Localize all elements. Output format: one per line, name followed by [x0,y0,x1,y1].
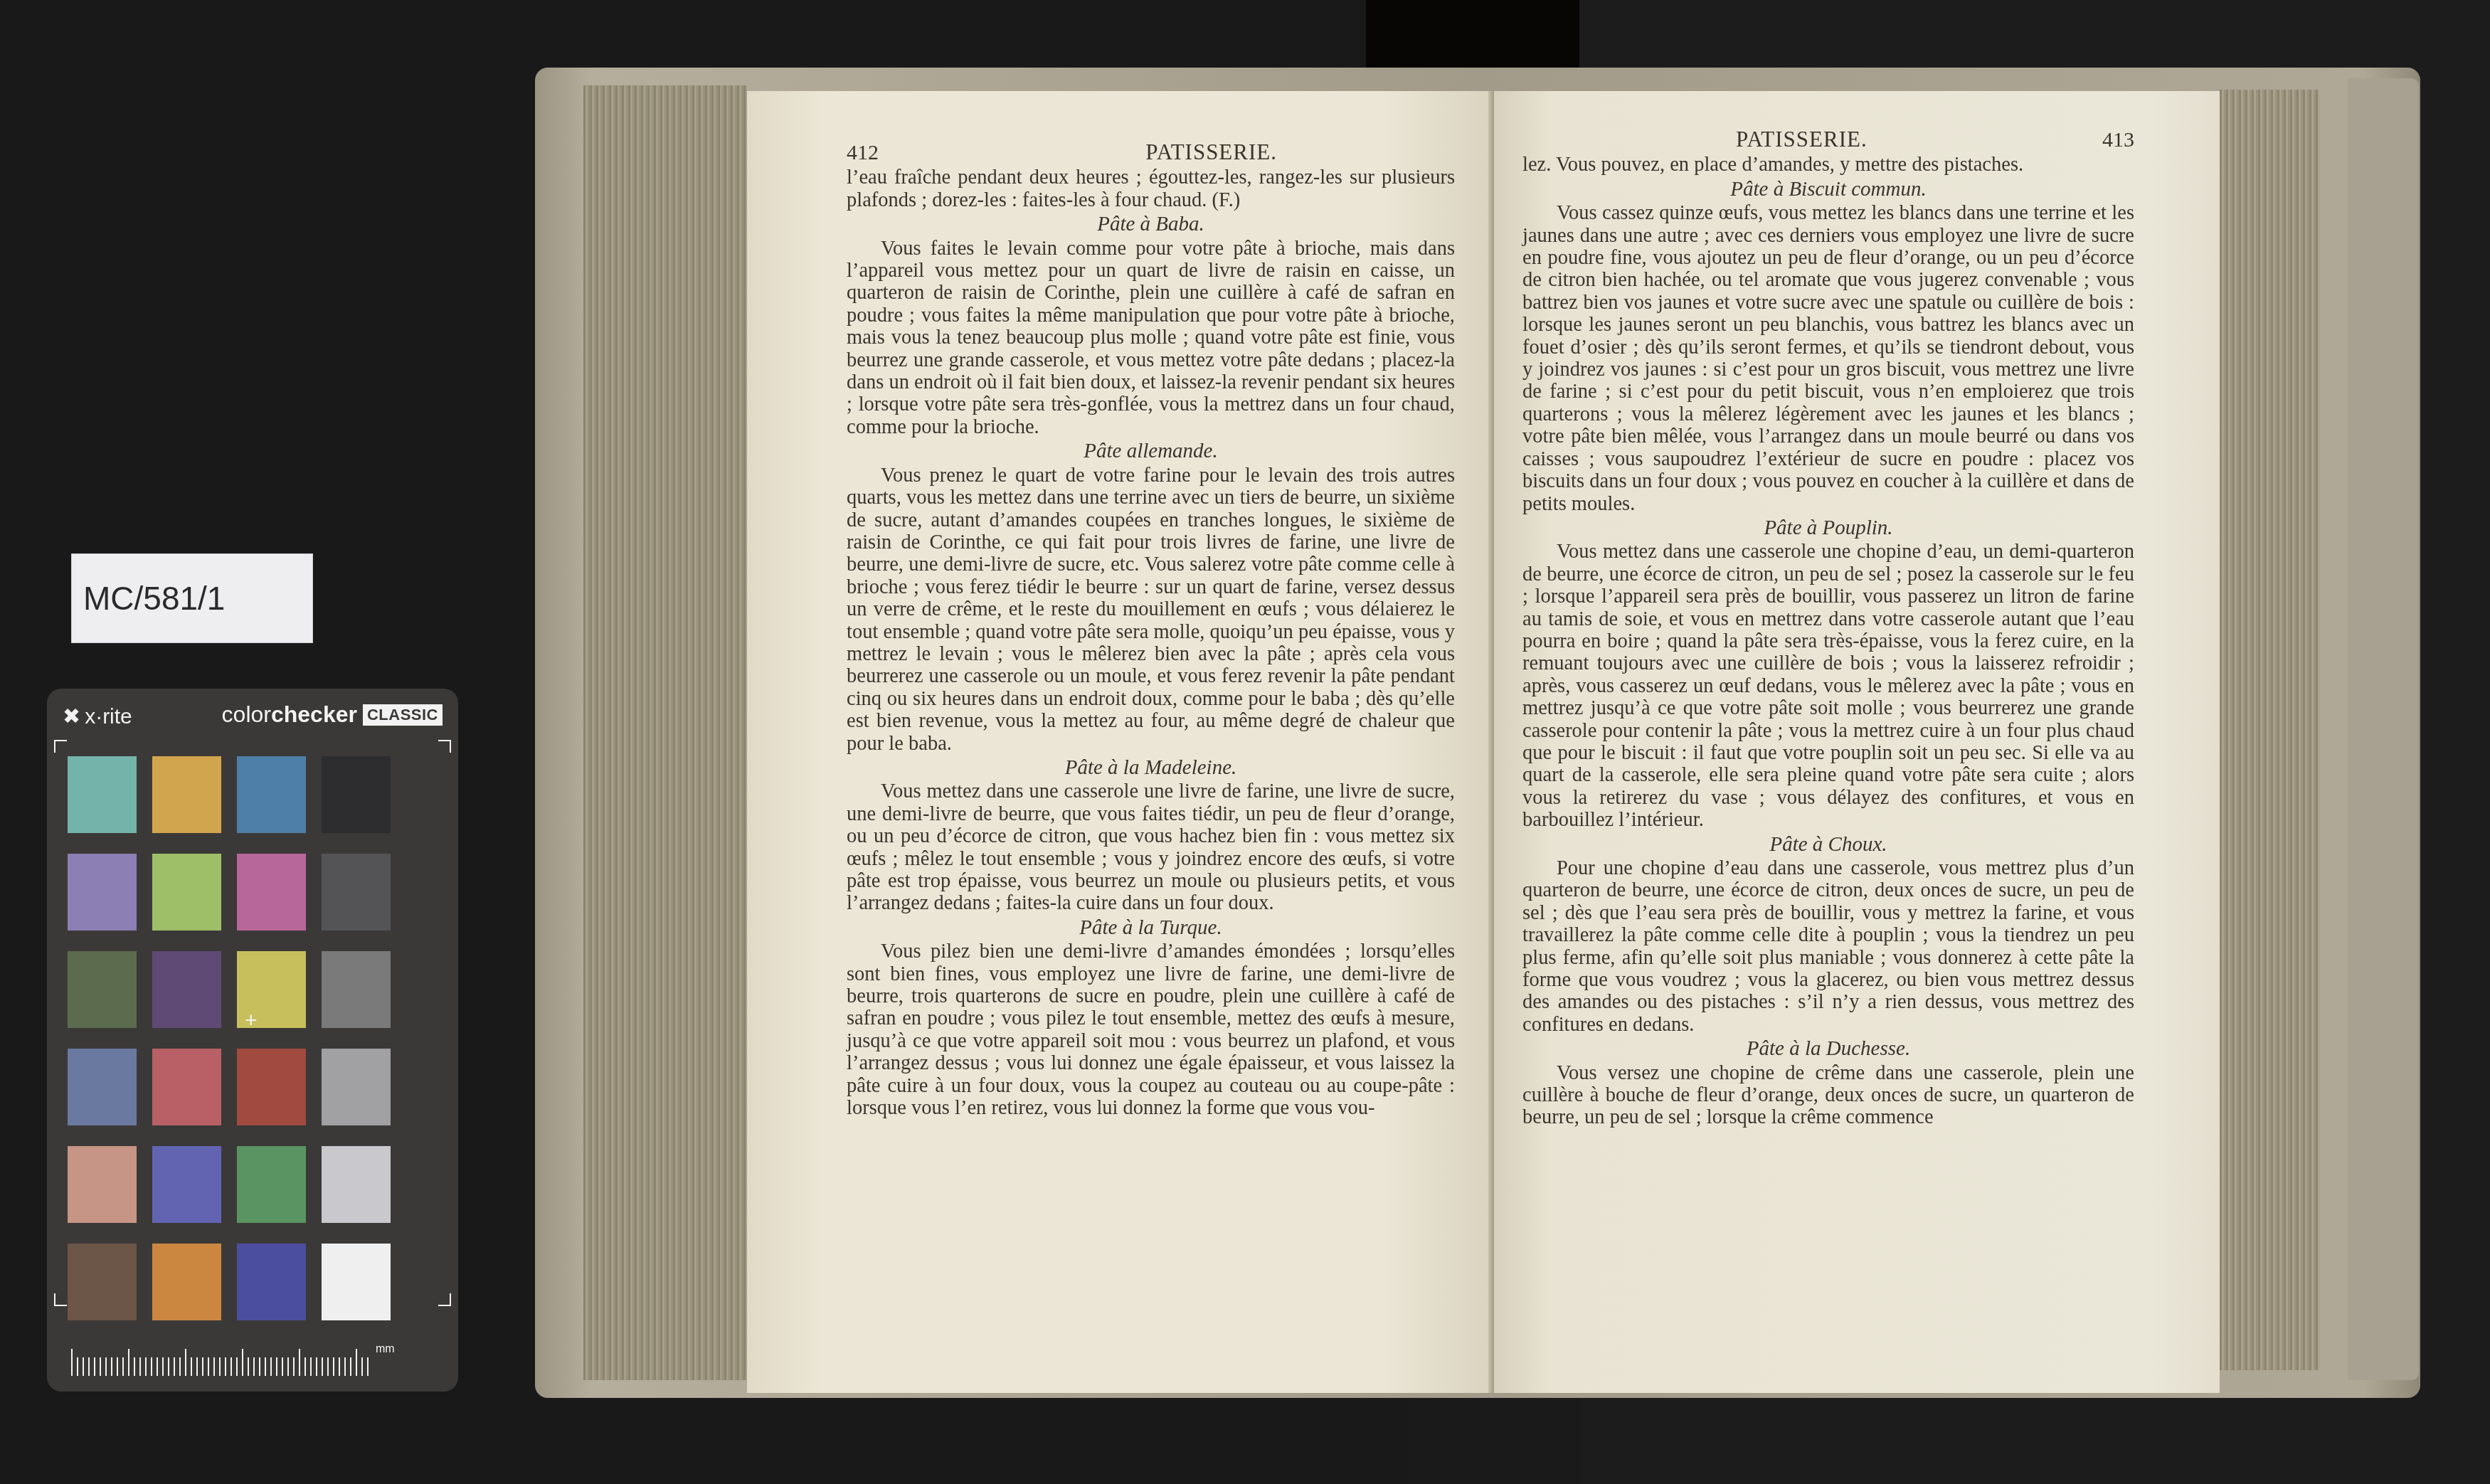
color-patch: #b86066 [152,1049,221,1125]
corner-mark-bottom-right [438,1293,451,1306]
color-patch: #c9c9cd [322,1146,391,1223]
color-patch: #b8679a [237,854,306,931]
color-patch: #9fbe68 [152,854,221,931]
corner-mark-top-right [438,740,451,753]
color-patch: #a04a40 [237,1049,306,1125]
paragraph: Vous mettez dans une casserole une chopi… [1522,541,2134,831]
color-checker-card: ✖ x·rite colorchecker CLASSIC #74b3a9#d1… [47,689,458,1392]
crosshair-icon: + [245,1010,258,1032]
mm-ruler [71,1347,370,1376]
paragraph: Vous cassez quinze œufs, vous mettez les… [1522,202,2134,515]
running-head-left: 412 PATISSERIE. [847,141,1455,164]
color-patch: #a1a1a3 [322,1049,391,1125]
color-patch: #efeff0 [322,1244,391,1320]
product-name: colorchecker CLASSIC [222,701,443,728]
ruler-major-ticks [71,1349,370,1376]
left-page: 412 PATISSERIE. l’eau fraîche pendant de… [747,91,1494,1393]
continued-paragraph: lez. Vous pouvez, en place d’amandes, y … [1522,154,2134,176]
color-patch: #8b7fb3 [68,854,137,931]
color-patch: #5f4a76 [152,951,221,1028]
color-patch: #5a9462 [237,1146,306,1223]
section-heading: Pâte à Baba. [847,213,1455,235]
right-page-text: PATISSERIE. 413 lez. Vous pouvez, en pla… [1522,128,2134,1129]
color-patch: #6a79a0 [68,1049,137,1125]
page-edges-left [583,85,747,1380]
page-number: 412 [847,142,879,164]
brand-name: x·rite [85,705,132,729]
running-head-title: PATISSERIE. [1145,141,1277,163]
accession-label: MC/581/1 [71,553,313,643]
left-page-body: l’eau fraîche pendant deux heures ; égou… [847,166,1455,1119]
section-heading: Pâte à Pouplin. [1522,517,2134,539]
xrite-x-icon: ✖ [63,704,80,729]
page-edges-right [2220,90,2319,1370]
product-name-light: color [222,701,271,727]
right-page-body: lez. Vous pouvez, en place d’amandes, y … [1522,154,2134,1128]
color-patch: #7a7a7b [322,951,391,1028]
color-patch: #545457 [322,854,391,931]
continued-paragraph: l’eau fraîche pendant deux heures ; égou… [847,166,1455,211]
running-head-title: PATISSERIE. [1736,128,1867,150]
section-heading: Pâte à Biscuit commun. [1522,179,2134,201]
classic-badge: CLASSIC [363,704,443,726]
book-cover-right-board [2348,78,2419,1380]
paragraph: Vous versez une chopine de crême dans un… [1522,1062,2134,1129]
product-name-bold: checker [271,701,357,727]
color-patch: #d1a54e [152,756,221,833]
paragraph: Vous pilez bien une demi-livre d’amandes… [847,940,1455,1119]
ruler-unit: mm [376,1343,395,1356]
color-patch: #4b4e9e [237,1244,306,1320]
right-page: PATISSERIE. 413 lez. Vous pouvez, en pla… [1494,91,2220,1393]
section-heading: Pâte à la Duchesse. [1522,1038,2134,1060]
color-patch: #4e7fa8 [237,756,306,833]
section-heading: Pâte à la Turque. [847,917,1455,939]
color-patch: #6b5648 [68,1244,137,1320]
paragraph: Vous mettez dans une casserole une livre… [847,780,1455,914]
color-patch: #2d2c2e [322,756,391,833]
color-patch: #cb8740 [152,1244,221,1320]
color-patch: #5c6b4e [68,951,137,1028]
color-patch: #74b3a9 [68,756,137,833]
corner-mark-top-left [54,740,67,753]
section-heading: Pâte à la Madeleine. [847,757,1455,779]
section-heading: Pâte allemande. [847,440,1455,462]
paragraph: Vous prenez le quart de votre farine pou… [847,465,1455,755]
page-number: 413 [2102,129,2134,151]
color-patch: #6264b2 [152,1146,221,1223]
corner-mark-bottom-left [54,1293,67,1306]
color-patch-grid: #74b3a9#d1a54e#4e7fa8#2d2c2e#8b7fb3#9fbe… [68,756,391,1320]
left-page-text: 412 PATISSERIE. l’eau fraîche pendant de… [847,141,1455,1119]
paragraph: Vous faites le levain comme pour votre p… [847,238,1455,439]
paragraph: Pour une chopine d’eau dans une casserol… [1522,857,2134,1036]
color-patch: #c69585 [68,1146,137,1223]
section-heading: Pâte à Choux. [1522,834,2134,856]
xrite-logo: ✖ x·rite [63,704,132,729]
running-head-right: PATISSERIE. 413 [1522,128,2134,151]
